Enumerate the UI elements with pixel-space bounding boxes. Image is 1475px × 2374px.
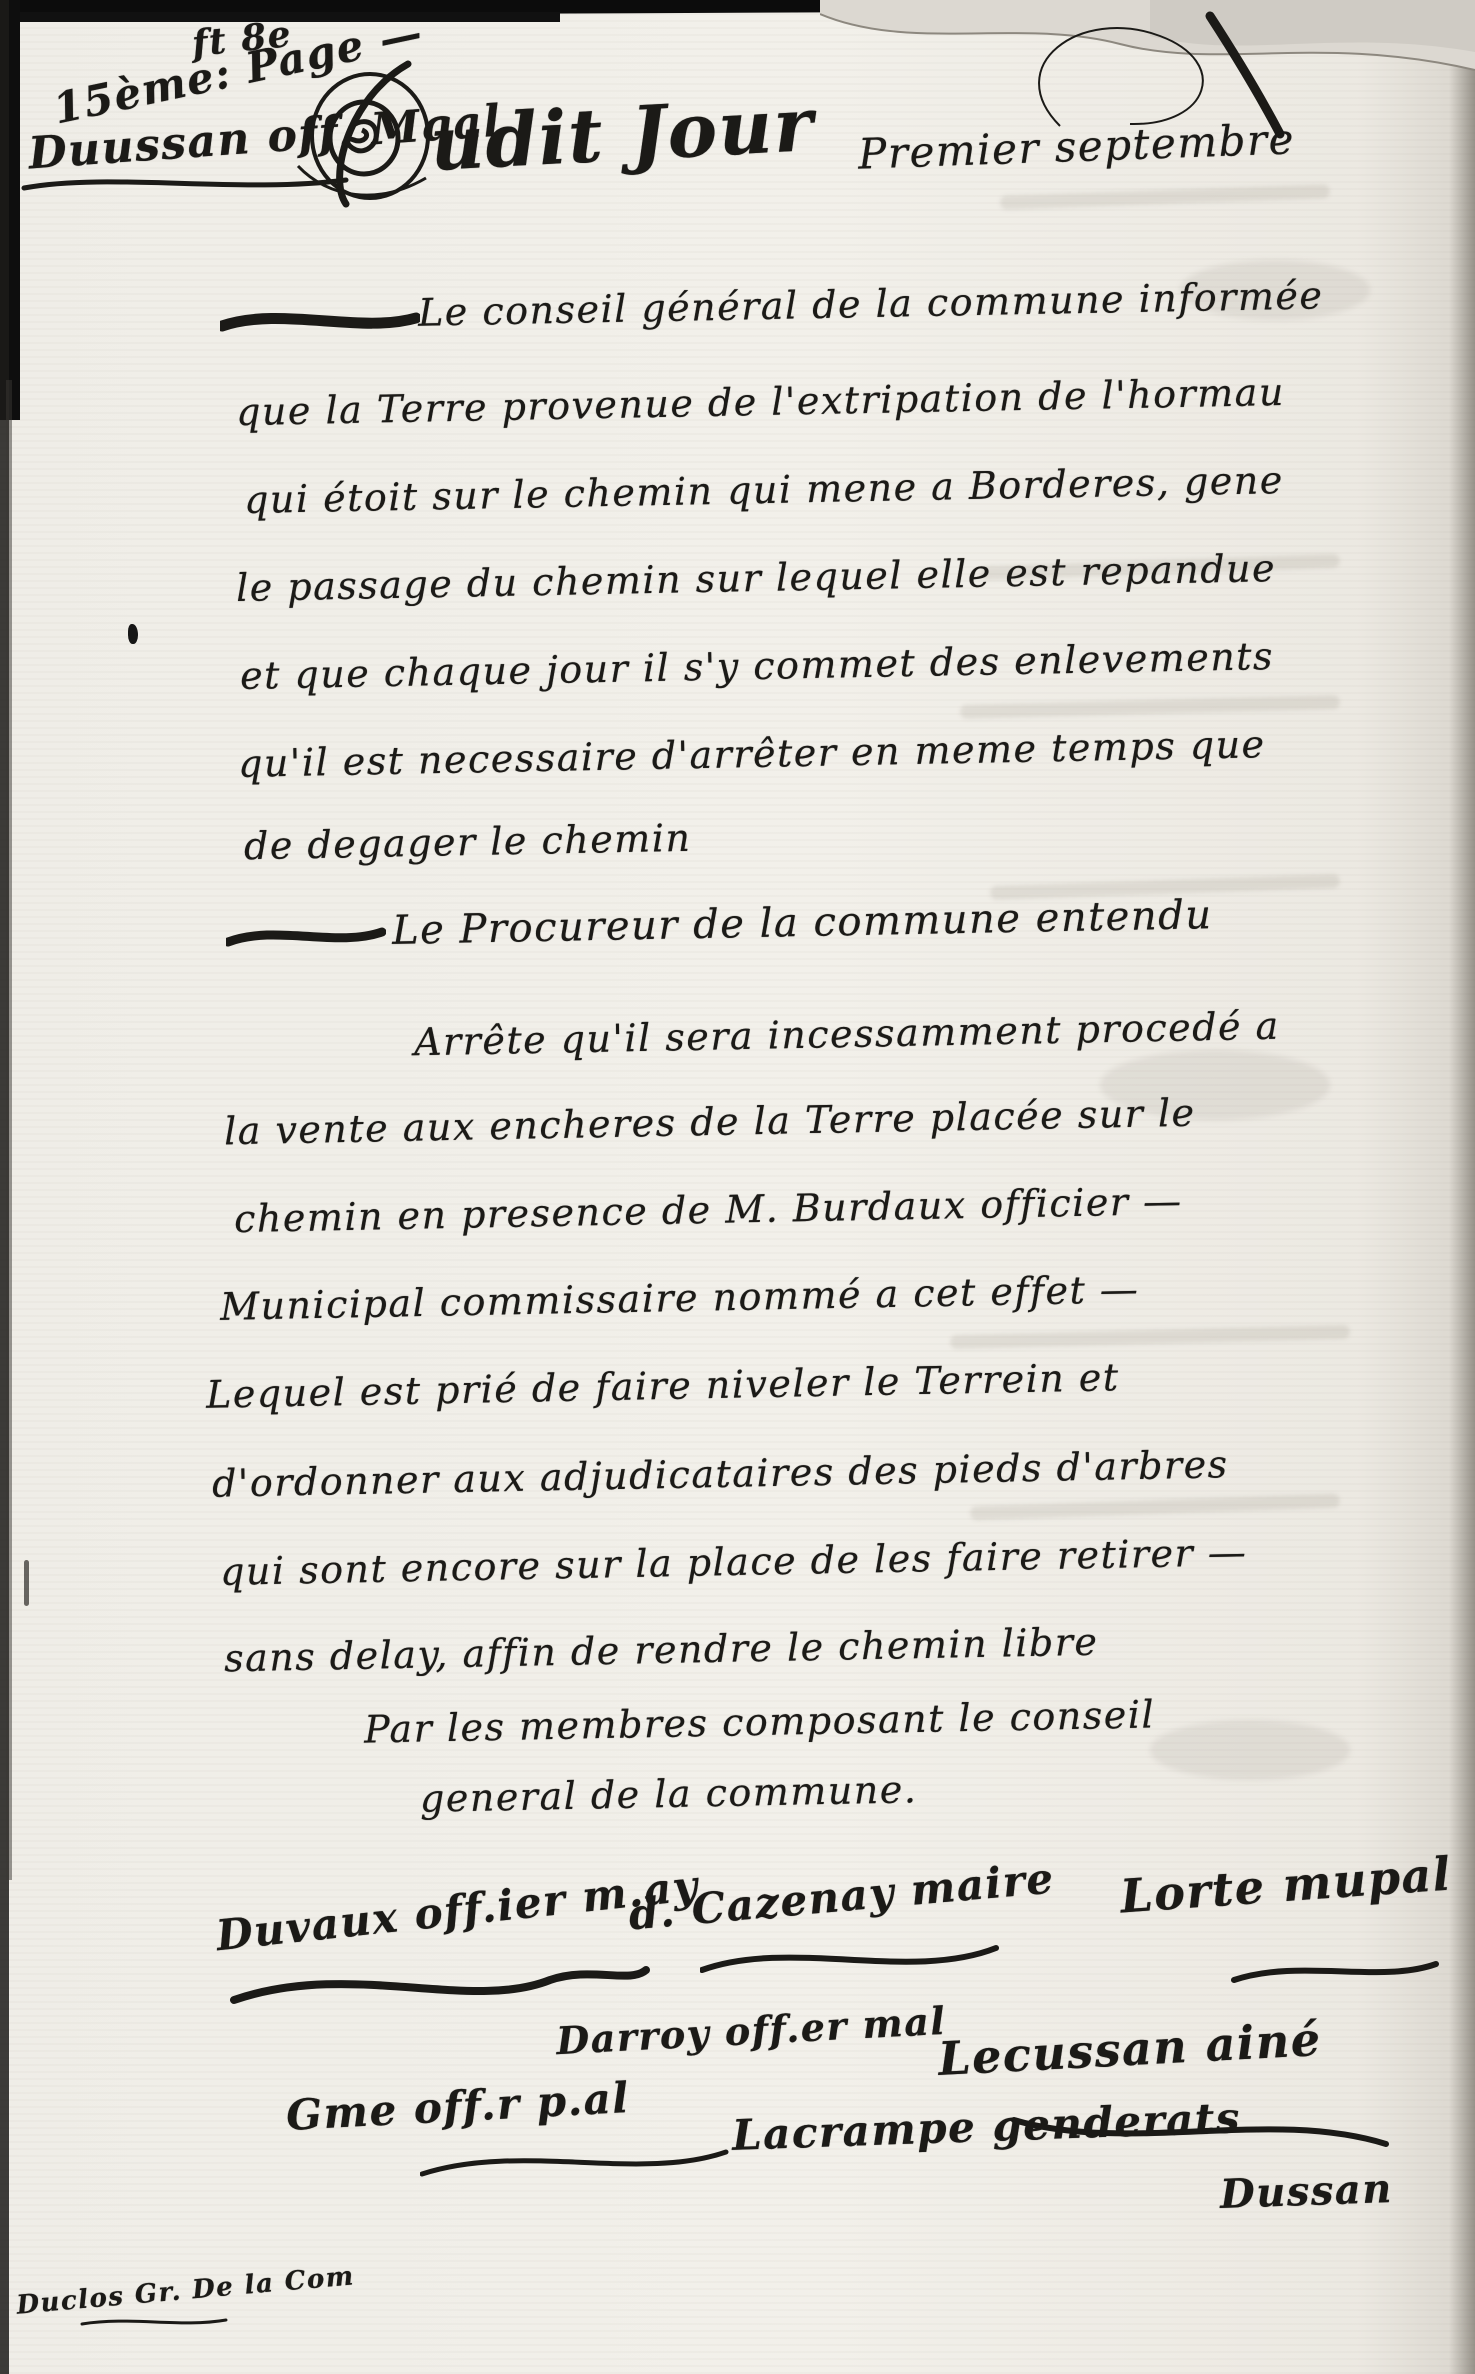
clerk-note-underline xyxy=(80,2312,230,2332)
paper-smudge xyxy=(1150,1720,1350,1780)
scan-edge-right-shadow xyxy=(1449,0,1475,2374)
signature-flourish xyxy=(1010,2100,1390,2160)
signature: Lorte mupal xyxy=(1119,1846,1454,1923)
body-line: chemin en presence de M. Burdaux officie… xyxy=(234,1179,1183,1241)
bleed-through xyxy=(970,1494,1340,1521)
closing-line: general de la commune. xyxy=(420,1767,918,1821)
scan-edge-left-shadow xyxy=(6,380,12,1880)
ornate-initial-D xyxy=(288,58,448,208)
body-line: qui sont encore sur la place de les fair… xyxy=(220,1530,1248,1594)
body-line: Le conseil général de la commune informé… xyxy=(418,273,1324,334)
signature-flourish xyxy=(420,2138,730,2188)
signature-flourish xyxy=(1230,1952,1440,1992)
body-line: qu'il est necessaire d'arrêter en meme t… xyxy=(238,722,1266,786)
signature-flourish xyxy=(700,1930,1000,1990)
paragraph-flourish xyxy=(226,918,386,954)
body-line: d'ordonner aux adjudicataires des pieds … xyxy=(212,1442,1229,1506)
bleed-through xyxy=(1000,184,1330,210)
closing-line: Par les membres composant le conseil xyxy=(364,1692,1156,1751)
signature: Dussan xyxy=(1219,2165,1393,2218)
edge-mark xyxy=(24,1560,29,1606)
bleed-through xyxy=(950,1325,1350,1349)
body-line: de degager le chemin xyxy=(244,816,692,869)
scanned-document: 15ème: Page — ft 8e Duussan off. Mqal ud… xyxy=(0,0,1475,2374)
signature: Gme off.r p.al xyxy=(285,2073,631,2140)
body-line: Municipal commissaire nommé a cet effet … xyxy=(220,1267,1140,1329)
body-line: et que chaque jour il s'y commet des enl… xyxy=(240,634,1275,698)
body-line: Lequel est prié de faire niveler le Terr… xyxy=(206,1355,1120,1417)
opening-flourish xyxy=(220,300,420,340)
body-line: qui étoit sur le chemin qui mene a Borde… xyxy=(244,458,1284,522)
ink-blot xyxy=(128,624,138,644)
bleed-through xyxy=(960,695,1340,719)
signature: Lecussan ainé xyxy=(937,2012,1323,2086)
body-line: Le Procureur de la commune entendu xyxy=(392,892,1213,954)
body-line: sans delay, affin de rendre le chemin li… xyxy=(224,1620,1099,1681)
body-line: la vente aux encheres de la Terre placée… xyxy=(224,1091,1196,1154)
body-line: le passage du chemin sur lequel elle est… xyxy=(236,546,1277,610)
signature-flourish xyxy=(230,1950,650,2020)
body-line: que la Terre provenue de l'extripation d… xyxy=(236,370,1286,434)
manuscript-page: 15ème: Page — ft 8e Duussan off. Mqal ud… xyxy=(0,0,1475,2374)
